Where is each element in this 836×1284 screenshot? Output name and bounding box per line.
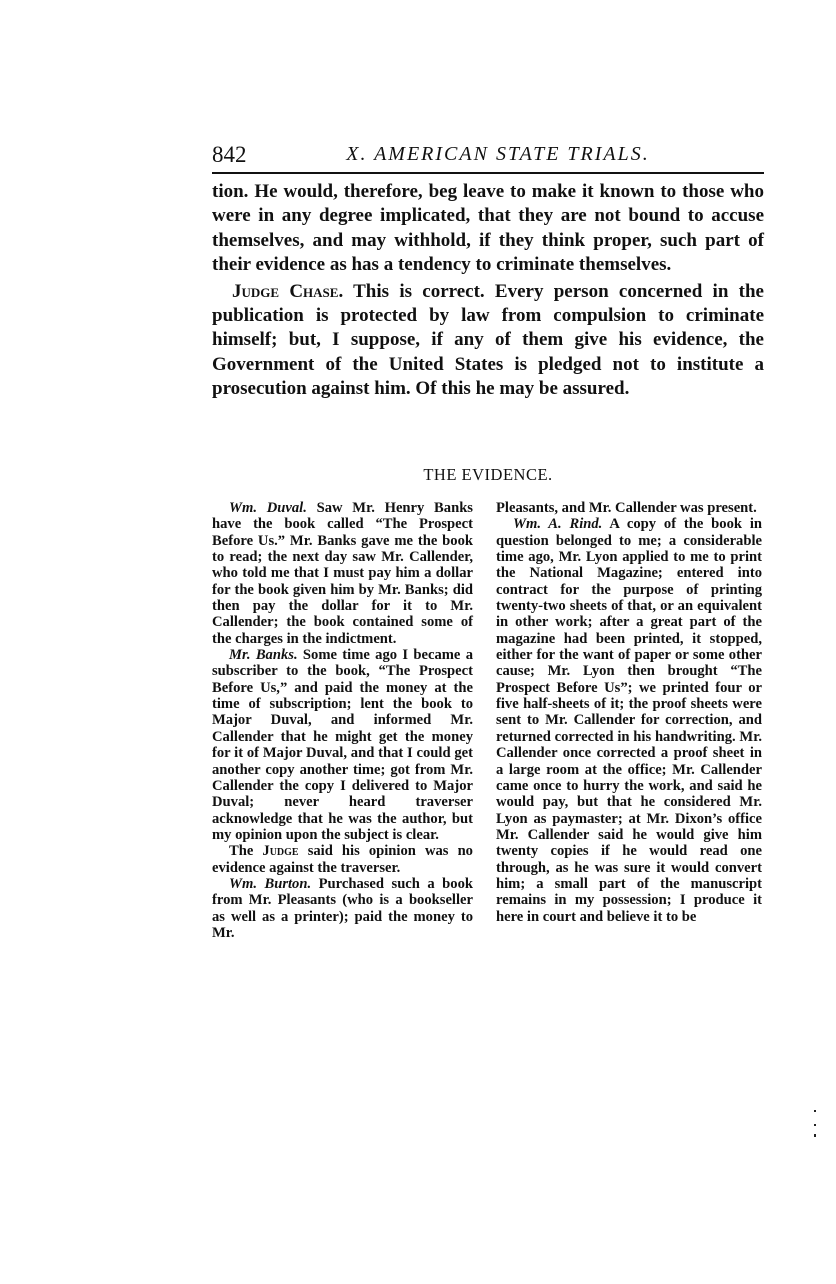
running-title: X. AMERICAN STATE TRIALS. <box>212 140 764 168</box>
judge-chase-paragraph: Judge Chase. This is correct. Every pers… <box>212 280 764 402</box>
scan-edge-marks <box>814 1110 817 1170</box>
header-rule <box>212 172 764 174</box>
testimony-paragraph: Wm. A. Rind. A copy of the book in quest… <box>496 516 762 925</box>
witness-name: Wm. Duval. <box>229 500 307 516</box>
testimony-text: Pleasants, and Mr. Callender was present… <box>496 500 757 516</box>
testimony-text: A copy of the book in question belonged … <box>496 516 762 924</box>
witness-name: Wm. A. Rind. <box>513 516 602 532</box>
section-heading: THE EVIDENCE. <box>212 465 764 485</box>
intro-paragraph: tion. He would, therefore, beg leave to … <box>212 180 764 278</box>
book-page: 842 X. AMERICAN STATE TRIALS. tion. He w… <box>0 0 836 1284</box>
speaker-label: Judge Chase. <box>232 281 343 302</box>
testimony-paragraph: Wm. Duval. Saw Mr. Henry Banks have the … <box>212 500 473 647</box>
left-column: Wm. Duval. Saw Mr. Henry Banks have the … <box>212 500 473 941</box>
intro-text: tion. He would, therefore, beg leave to … <box>212 180 764 402</box>
witness-name: Wm. Burton. <box>229 876 311 892</box>
testimony-paragraph: Mr. Banks. Some time ago I became a subs… <box>212 647 473 843</box>
running-header: 842 X. AMERICAN STATE TRIALS. <box>212 140 764 170</box>
testimony-paragraph: Wm. Burton. Purchased such a book from M… <box>212 876 473 941</box>
judge-label: Judge <box>262 843 298 859</box>
witness-name: Mr. Banks. <box>229 647 298 663</box>
testimony-continuation: Pleasants, and Mr. Callender was present… <box>496 500 762 516</box>
remark-prefix: The <box>229 843 262 859</box>
testimony-text: Some time ago I became a subscriber to t… <box>212 647 473 843</box>
judge-remark-paragraph: The Judge said his opinion was no eviden… <box>212 843 473 876</box>
right-column: Pleasants, and Mr. Callender was present… <box>496 500 762 925</box>
testimony-text: Saw Mr. Henry Banks have the book called… <box>212 500 473 647</box>
